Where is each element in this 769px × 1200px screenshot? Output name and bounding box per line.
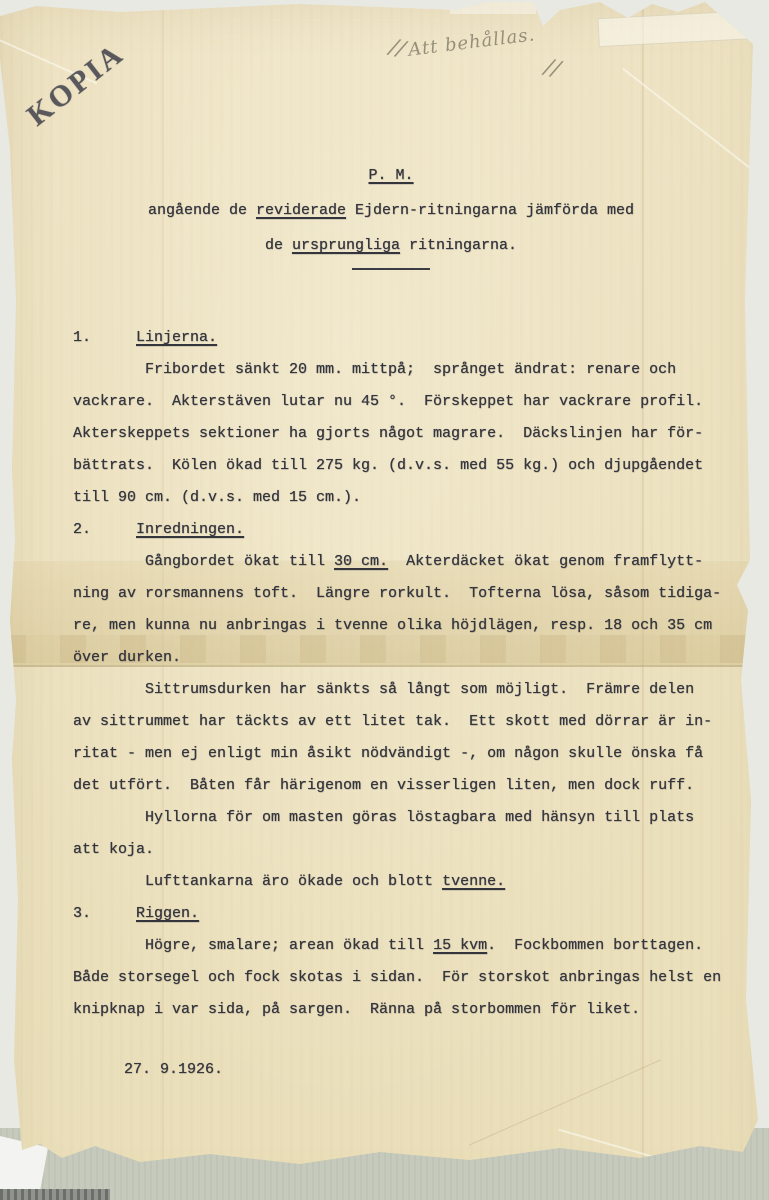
text-segment: Fribordet sänkt 20 mm. mittpå; språnget … — [73, 361, 676, 378]
text-line: att koja. — [73, 834, 753, 866]
underlined-text: Riggen. — [136, 905, 199, 922]
text-line: till 90 cm. (d.v.s. med 15 cm.). — [73, 482, 753, 514]
text-segment: över durken. — [73, 649, 181, 666]
text-segment: Sittrumsdurken har sänkts så långt som m… — [73, 681, 694, 698]
text-line: det utfört. Båten får härigenom en visse… — [73, 770, 753, 802]
text-line: knipknap i var sida, på sargen. Ränna på… — [73, 994, 753, 1026]
text-segment: de — [265, 237, 292, 254]
text-line: Gångbordet ökat till 30 cm. Akterdäcket … — [73, 546, 753, 578]
text-segment: Högre, smalare; arean ökad till — [73, 937, 433, 954]
underlined-text: ursprungliga — [292, 237, 400, 254]
kopia-stamp: KOPIA — [4, 18, 149, 151]
document-section: 1. Linjerna. Fribordet sänkt 20 mm. mitt… — [73, 322, 753, 514]
text-segment: ning av rorsmannens toft. Längre rorkult… — [73, 585, 721, 602]
document-date: 27. 9.1926. — [124, 1054, 223, 1086]
text-line: re, men kunna nu anbringas i tvenne olik… — [73, 610, 753, 642]
text-segment: Både storsegel och fock skotas i sidan. … — [73, 969, 721, 986]
title-block: P. M.angående de reviderade Ejdern-ritni… — [30, 158, 752, 263]
body-text: 1. Linjerna. Fribordet sänkt 20 mm. mitt… — [73, 322, 753, 1026]
text-segment: . Fockbommen borttagen. — [487, 937, 703, 954]
text-segment: av sittrummet har täckts av ett litet ta… — [73, 713, 712, 730]
text-line: P. M. — [30, 158, 752, 193]
underlined-text: 15 kvm — [433, 937, 487, 954]
text-segment: det utfört. Båten får härigenom en visse… — [73, 777, 694, 794]
underlined-text: Inredningen. — [136, 521, 244, 538]
text-segment: ritningarna. — [400, 237, 517, 254]
text-line: 1. Linjerna. — [73, 322, 753, 354]
title-separator-rule — [352, 268, 430, 270]
text-segment: Hyllorna för om masten göras löstagbara … — [73, 809, 694, 826]
pencil-slash-mark-left: // — [387, 35, 407, 63]
text-segment: Lufttankarna äro ökade och blott — [73, 873, 442, 890]
underlined-text: 30 cm. — [334, 553, 388, 570]
tape-piece-top-right — [597, 10, 758, 47]
text-line: 3. Riggen. — [73, 898, 753, 930]
text-line: de ursprungliga ritningarna. — [30, 228, 752, 263]
text-line: Akterskeppets sektioner ha gjorts något … — [73, 418, 753, 450]
text-line: Fribordet sänkt 20 mm. mittpå; språnget … — [73, 354, 753, 386]
document-section: 3. Riggen. Högre, smalare; arean ökad ti… — [73, 898, 753, 1026]
text-segment: 1. — [73, 329, 136, 346]
text-segment: till 90 cm. (d.v.s. med 15 cm.). — [73, 489, 361, 506]
text-line: Lufttankarna äro ökade och blott tvenne. — [73, 866, 753, 898]
text-line: Hyllorna för om masten göras löstagbara … — [73, 802, 753, 834]
underlined-text: P. M. — [368, 167, 413, 184]
text-segment: bättrats. Kölen ökad till 275 kg. (d.v.s… — [73, 457, 703, 474]
underlined-text: tvenne. — [442, 873, 505, 890]
text-segment: knipknap i var sida, på sargen. Ränna på… — [73, 1001, 640, 1018]
text-line: av sittrummet har täckts av ett litet ta… — [73, 706, 753, 738]
handwritten-annotation: Att behållas. — [407, 24, 536, 60]
text-segment: 2. — [73, 521, 136, 538]
text-segment: re, men kunna nu anbringas i tvenne olik… — [73, 617, 712, 634]
underlined-text: Linjerna. — [136, 329, 217, 346]
text-segment: ritat - men ej enligt min åsikt nödvändi… — [73, 745, 703, 762]
text-segment: Ejdern-ritningarna jämförda med — [346, 202, 634, 219]
text-line: ritat - men ej enligt min åsikt nödvändi… — [73, 738, 753, 770]
text-line: Högre, smalare; arean ökad till 15 kvm. … — [73, 930, 753, 962]
text-segment: Akterskeppets sektioner ha gjorts något … — [73, 425, 703, 442]
text-line: över durken. — [73, 642, 753, 674]
text-segment: angående de — [148, 202, 256, 219]
pencil-slash-mark-right: // — [542, 55, 562, 83]
text-segment: 3. — [73, 905, 136, 922]
scanned-document-page: KOPIA // Att behållas. // P. M.angående … — [0, 0, 769, 1200]
text-line: Sittrumsdurken har sänkts så långt som m… — [73, 674, 753, 706]
text-line: vackrare. Akterstäven lutar nu 45 °. För… — [73, 386, 753, 418]
scanner-edge-strip — [0, 1189, 110, 1200]
document-section: 2. Inredningen. Gångbordet ökat till 30 … — [73, 514, 753, 898]
tape-piece-top-center — [450, 0, 536, 14]
text-line: 2. Inredningen. — [73, 514, 753, 546]
text-line: Både storsegel och fock skotas i sidan. … — [73, 962, 753, 994]
text-line: angående de reviderade Ejdern-ritningarn… — [30, 193, 752, 228]
text-segment: Akterdäcket ökat genom framflytt- — [388, 553, 703, 570]
text-segment: att koja. — [73, 841, 154, 858]
text-segment: Gångbordet ökat till — [73, 553, 334, 570]
text-segment: vackrare. Akterstäven lutar nu 45 °. För… — [73, 393, 703, 410]
text-line: ning av rorsmannens toft. Längre rorkult… — [73, 578, 753, 610]
paper-sheet: KOPIA // Att behållas. // P. M.angående … — [0, 0, 769, 1200]
underlined-text: reviderade — [256, 202, 346, 219]
text-line: bättrats. Kölen ökad till 275 kg. (d.v.s… — [73, 450, 753, 482]
